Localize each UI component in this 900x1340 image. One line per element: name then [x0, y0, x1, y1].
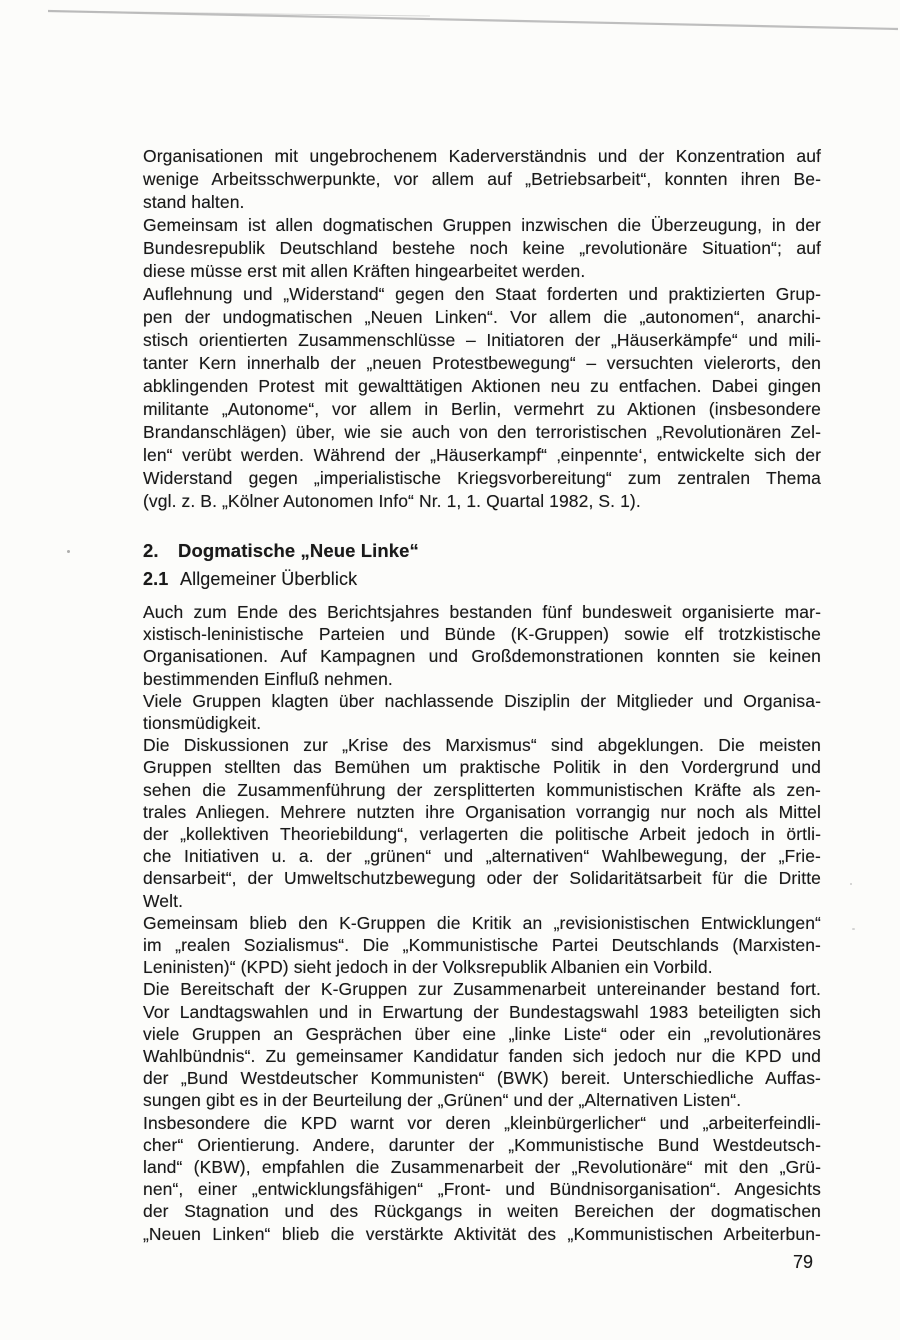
text-line: bestimmenden Einfluß nehmen. [143, 668, 821, 690]
text-line: sehen die Zusammenführung der zersplitte… [143, 779, 821, 801]
text-line: (vgl. z. B. „Kölner Autonomen Info“ Nr. … [143, 490, 821, 513]
text-line: der Stagnation und des Rückgangs in weit… [143, 1200, 821, 1222]
text-line: militante „Autonome“, vor allem in Berli… [143, 398, 821, 421]
text-line: Die Diskussionen zur „Krise des Marxismu… [143, 734, 821, 756]
page-number: 79 [143, 1252, 813, 1273]
text-line: Welt. [143, 890, 821, 912]
text-line: tionsmüdigkeit. [143, 712, 821, 734]
text-line: stand halten. [143, 191, 821, 214]
text-line: Die Bereitschaft der K-Gruppen zur Zusam… [143, 978, 821, 1000]
text-line: pen der undogmatischen „Neuen Linken“. V… [143, 306, 821, 329]
text-line: tanter Kern innerhalb der „neuen Protest… [143, 352, 821, 375]
document-page: Organisationen mit ungebrochenem Kaderve… [0, 0, 900, 1340]
scan-edge-artifact [0, 0, 900, 40]
section-heading: 2.Dogmatische „Neue Linke“ [143, 540, 821, 562]
text-line: Organisationen mit ungebrochenem Kaderve… [143, 145, 821, 168]
text-line: „Neuen Linken“ blieb die verstärkte Akti… [143, 1223, 821, 1245]
text-line: sungen gibt es in der Beurteilung der „G… [143, 1089, 821, 1111]
text-line: diese müsse erst mit allen Kräften hinge… [143, 260, 821, 283]
body-text-upper: Organisationen mit ungebrochenem Kaderve… [143, 145, 821, 513]
paper-speck-artifact [850, 883, 852, 885]
text-line: stisch orientierten Zusammenschlüsse – I… [143, 329, 821, 352]
subsection-number: 2.1 [143, 569, 180, 590]
text-line: Brandanschlägen) über, wie sie auch von … [143, 421, 821, 444]
text-line: Gruppen stellten das Bemühen um praktisc… [143, 756, 821, 778]
text-line: Auflehnung und „Widerstand“ gegen den St… [143, 283, 821, 306]
text-line: Viele Gruppen klagten über nachlassende … [143, 690, 821, 712]
text-line: Leninisten)“ (KPD) sieht jedoch in der V… [143, 956, 821, 978]
text-line: Bundesrepublik Deutschland bestehe noch … [143, 237, 821, 260]
subsection-heading: 2.1Allgemeiner Überblick [143, 569, 821, 590]
text-line: densarbeit“, der Umweltschutzbewegung od… [143, 867, 821, 889]
text-line: abklingenden Protest mit gewalttätigen A… [143, 375, 821, 398]
text-line: Gemeinsam blieb den K-Gruppen die Kritik… [143, 912, 821, 934]
text-line: der „Bund Westdeutscher Kommunisten“ (BW… [143, 1067, 821, 1089]
text-line: Auch zum Ende des Berichtsjahres bestand… [143, 601, 821, 623]
text-line: che Initiativen u. a. der „grünen“ und „… [143, 845, 821, 867]
text-line: cher“ Orientierung. Andere, darunter der… [143, 1134, 821, 1156]
text-line: wenige Arbeitsschwerpunkte, vor allem au… [143, 168, 821, 191]
paper-speck-artifact [852, 928, 855, 930]
text-line: der „kollektiven Theoriebildung“, verlag… [143, 823, 821, 845]
text-line: nen“, einer „entwicklungsfähigen“ „Front… [143, 1178, 821, 1200]
text-line: viele Gruppen an Gesprächen über eine „l… [143, 1023, 821, 1045]
text-line: Widerstand gegen „imperialistische Krieg… [143, 467, 821, 490]
text-line: Organisationen. Auf Kampagnen und Großde… [143, 645, 821, 667]
text-line: Insbesondere die KPD warnt vor deren „kl… [143, 1112, 821, 1134]
body-text-lower: Auch zum Ende des Berichtsjahres bestand… [143, 601, 821, 1245]
text-line: trales Anliegen. Mehrere nutzten ihre Or… [143, 801, 821, 823]
section-number: 2. [143, 540, 178, 562]
text-line: len“ verübt werden. Während der „Häuserk… [143, 444, 821, 467]
text-line: xistisch-leninistische Parteien und Bünd… [143, 623, 821, 645]
section-title: Dogmatische „Neue Linke“ [178, 540, 419, 561]
text-line: land“ (KBW), empfahlen die Zusammenarbei… [143, 1156, 821, 1178]
subsection-title: Allgemeiner Überblick [180, 569, 357, 589]
text-line: Gemeinsam ist allen dogmatischen Gruppen… [143, 214, 821, 237]
margin-dot-artifact [67, 550, 70, 553]
text-line: im „realen Sozialismus“. Die „Kommunisti… [143, 934, 821, 956]
text-line: Wahlbündnis“. Zu gemeinsamer Kandidatur … [143, 1045, 821, 1067]
text-line: Vor Landtagswahlen und in Erwartung der … [143, 1001, 821, 1023]
